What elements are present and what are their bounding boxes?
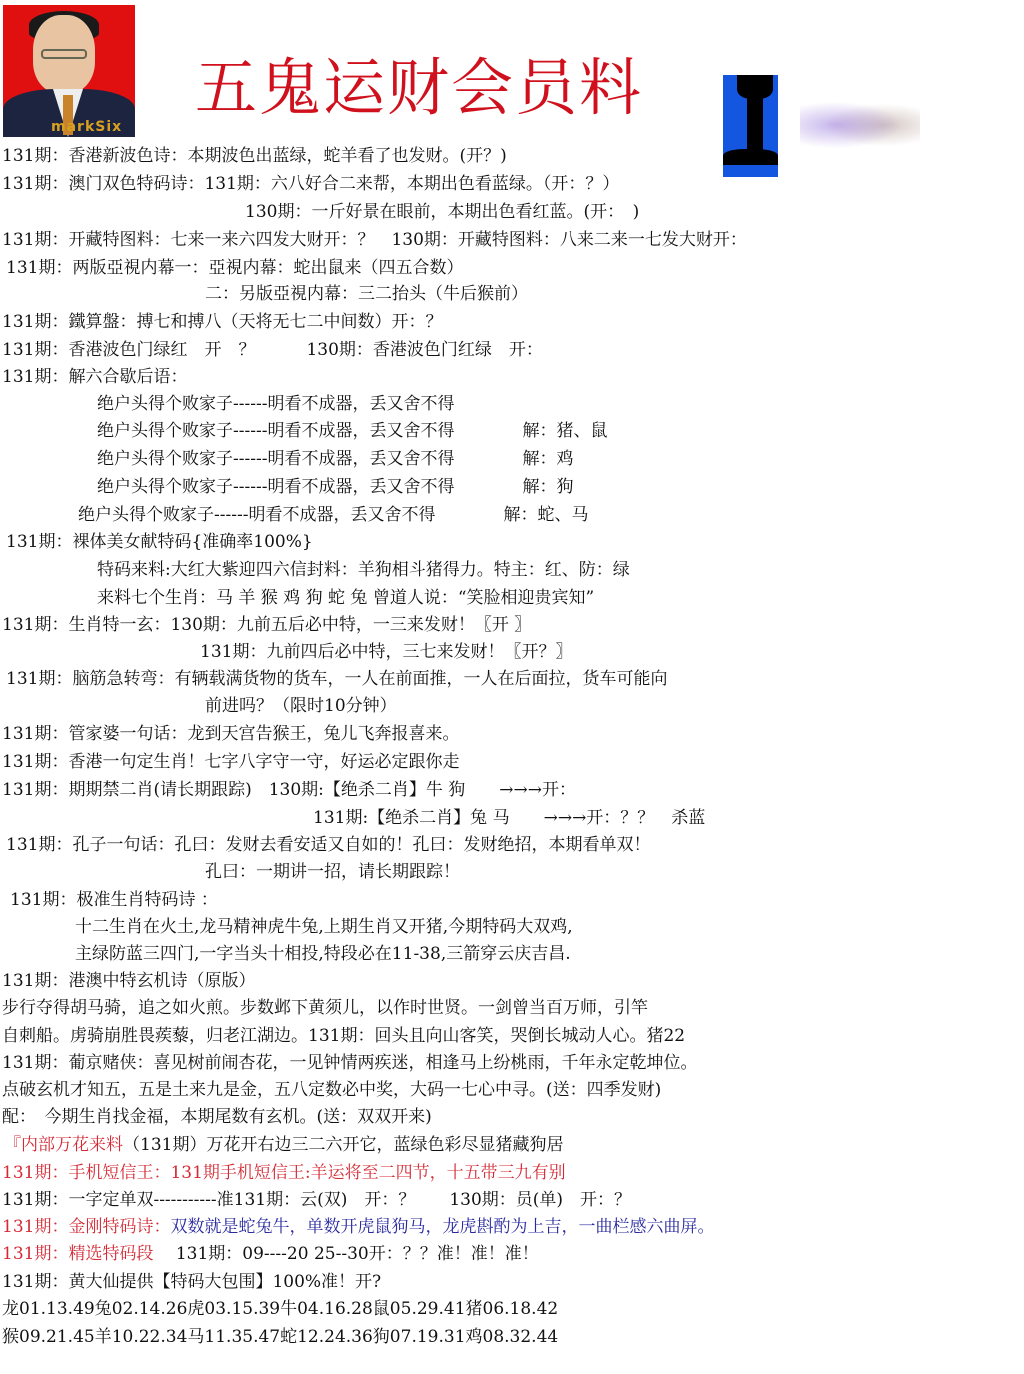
text-line: 131期：生肖特一玄：130期：九前五后必中特，一三来发财！〖开 〗 bbox=[2, 614, 531, 636]
text-line: 二：另版亞視内幕：三二抬头（牛后猴前） bbox=[205, 283, 528, 305]
portrait-photo: markSix bbox=[3, 5, 135, 137]
text-segment: 『内部万花来料 bbox=[4, 1135, 123, 1155]
text-line: 绝户头得个败家子------明看不成器，丢又舍不得 解：鸡 bbox=[97, 448, 573, 470]
photo-watermark: markSix bbox=[51, 119, 122, 135]
text-segment: 131期：一字定单双-----------准131期：云(双) 开：？ 130期… bbox=[2, 1190, 631, 1210]
text-segment: 双数就是蛇兔牛，单数开虎鼠狗马，龙虎斟酌为上吉，一曲栏感六曲屏。 bbox=[170, 1217, 714, 1237]
page-title: 五鬼运财会员料 bbox=[195, 38, 643, 127]
blurred-decoration-image bbox=[800, 95, 920, 155]
logo-shape-top bbox=[737, 75, 773, 99]
text-line: 自刺船。虏骑崩胜畏蒺藜，归老江湖边。131期：回头且向山客笑，哭倒长城动人心。猪… bbox=[2, 1025, 685, 1047]
text-line: 配： 今期生肖找金福，本期尾数有玄机。(送：双双开来) bbox=[2, 1106, 432, 1128]
highlighted-line: 131期：精选特码段 131期：09----20 25--30开：？？准！准！准… bbox=[2, 1243, 539, 1265]
text-line: 131期:【绝杀二肖】兔 马 →→→开：？？ 杀蓝 bbox=[313, 807, 705, 829]
text-line: 131期：孔子一句话：孔曰：发财去看安适又自如的！孔曰：发财绝招，本期看单双！ bbox=[6, 834, 650, 856]
text-line: 131期：澳门双色特码诗：131期：六八好合二来帮，本期出色看蓝绿。（开：？） bbox=[2, 173, 619, 195]
text-line: 来料七个生肖：马 羊 猴 鸡 狗 蛇 兔 曾道人说：“笑脸相迎贵宾知” bbox=[97, 587, 594, 609]
text-line: 绝户头得个败家子------明看不成器，丢又舍不得 解：狗 bbox=[97, 476, 573, 498]
text-line: 131期：极准生肖特码诗 ： bbox=[10, 889, 218, 911]
text-segment: 131期：09----20 25--30开：？？准！准！准！ bbox=[153, 1244, 538, 1264]
text-line: 131期：裸体美女献特码{准确率100%} bbox=[6, 531, 313, 553]
text-line: 131期：九前四后必中特，三七来发财！〖开？〗 bbox=[200, 641, 572, 663]
text-line: 孔曰：一期讲一招，请长期跟踪！ bbox=[205, 861, 460, 883]
zodiac-line: 猴09.21.45羊10.22.34马11.35.47蛇12.24.36狗07.… bbox=[2, 1326, 558, 1348]
highlighted-line: 131期：手机短信王：131期手机短信王:羊运将至二四节，十五带三九有别 bbox=[2, 1162, 566, 1184]
highlighted-line: 『内部万花来料（131期）万花开右边三二六开它，蓝绿色彩尽显猪藏狗居 bbox=[4, 1134, 563, 1156]
text-line: 131期：香港一句定生肖！七字八字守一守，好运必定跟你走 bbox=[2, 751, 459, 773]
text-line: 绝户头得个败家子------明看不成器，丢又舍不得 bbox=[97, 393, 454, 415]
text-line: 131期：鐵算盤：搏七和搏八（天将无七二中间数）开：？ bbox=[2, 311, 442, 333]
text-line: 131期：期期禁二肖(请长期跟踪) 130期:【绝杀二肖】牛 狗 →→→开： bbox=[2, 779, 576, 801]
highlighted-line: 131期：金刚特码诗：双数就是蛇兔牛，单数开虎鼠狗马，龙虎斟酌为上吉，一曲栏感六… bbox=[2, 1216, 714, 1238]
text-line: 131期：两版亞視内幕一：亞視内幕：蛇出鼠来（四五合数） bbox=[6, 257, 463, 279]
text-line: 131期：管家婆一句话：龙到天宫告猴王，兔儿飞奔报喜来。 bbox=[2, 723, 459, 745]
text-line: 点破玄机才知五，五是土来九是金，五八定数必中奖，大码一七心中寻。(送：四季发财) bbox=[2, 1079, 661, 1101]
zodiac-line: 131期：黄大仙提供【特码大包围】100%准！开? bbox=[2, 1271, 381, 1293]
text-line: 131期：港澳中特玄机诗（原版） bbox=[2, 970, 255, 992]
text-line: 131期：脑筋急转弯：有辆载满货物的货车，一人在前面推，一人在后面拉，货车可能向 bbox=[6, 668, 667, 690]
text-line: 131期：解六合歇后语： bbox=[2, 366, 187, 388]
text-line: 步行夺得胡马骑，追之如火煎。步数邺下黄须儿，以作时世贤。一剑曾当百万师，引竿 bbox=[2, 997, 648, 1019]
number-one-logo bbox=[723, 75, 778, 177]
text-line: 131期：香港波色门绿红 开 ？ 130期：香港波色门红绿 开： bbox=[2, 339, 543, 361]
text-segment: （131期）万花开右边三二六开它，蓝绿色彩尽显猪藏狗居 bbox=[123, 1135, 563, 1155]
text-line: 绝户头得个败家子------明看不成器，丢又舍不得 解：猪、鼠 bbox=[97, 420, 607, 442]
highlighted-line: 131期：一字定单双-----------准131期：云(双) 开：？ 130期… bbox=[2, 1189, 631, 1211]
zodiac-line: 龙01.13.49兔02.14.26虎03.15.39牛04.16.28鼠05.… bbox=[2, 1298, 558, 1320]
text-line: 131期：香港新波色诗：本期波色出蓝绿，蛇羊看了也发财。(开？) bbox=[2, 145, 507, 167]
text-line: 主绿防蓝三四门,一字当头十相投,特段必在11-38,三箭穿云庆吉昌. bbox=[75, 943, 571, 965]
text-segment: 131期：精选特码段 bbox=[2, 1244, 153, 1264]
text-line: 十二生肖在火土,龙马精神虎牛兔,上期生肖又开猪,今期特码大双鸡, bbox=[75, 916, 573, 938]
text-line: 131期：开藏特图料：七来一来六四发大财开：？ 130期：开藏特图料：八来二来一… bbox=[2, 229, 747, 251]
text-segment: 131期：手机短信王：131期手机短信王:羊运将至二四节，十五带三九有别 bbox=[2, 1163, 566, 1183]
text-line: 131期：葡京赌侠：喜见树前闹杏花，一见钟情两疾迷，相逢马上纷桃雨，千年永定乾坤… bbox=[2, 1052, 697, 1074]
text-line: 130期：一斤好景在眼前，本期出色看红蓝。(开： ) bbox=[245, 201, 639, 223]
logo-shape-base bbox=[723, 149, 778, 165]
text-line: 特码来料:大红大紫迎四六信封料：羊狗相斗猪得力。特主：红、防：绿 bbox=[97, 559, 630, 581]
logo-shape-stem bbox=[747, 97, 763, 155]
portrait-glasses bbox=[41, 49, 87, 59]
text-line: 绝户头得个败家子------明看不成器，丢又舍不得 解：蛇、马 bbox=[78, 504, 588, 526]
text-line: 前进吗？（限时10分钟） bbox=[205, 695, 397, 717]
text-segment: 131期：金刚特码诗： bbox=[2, 1217, 170, 1237]
